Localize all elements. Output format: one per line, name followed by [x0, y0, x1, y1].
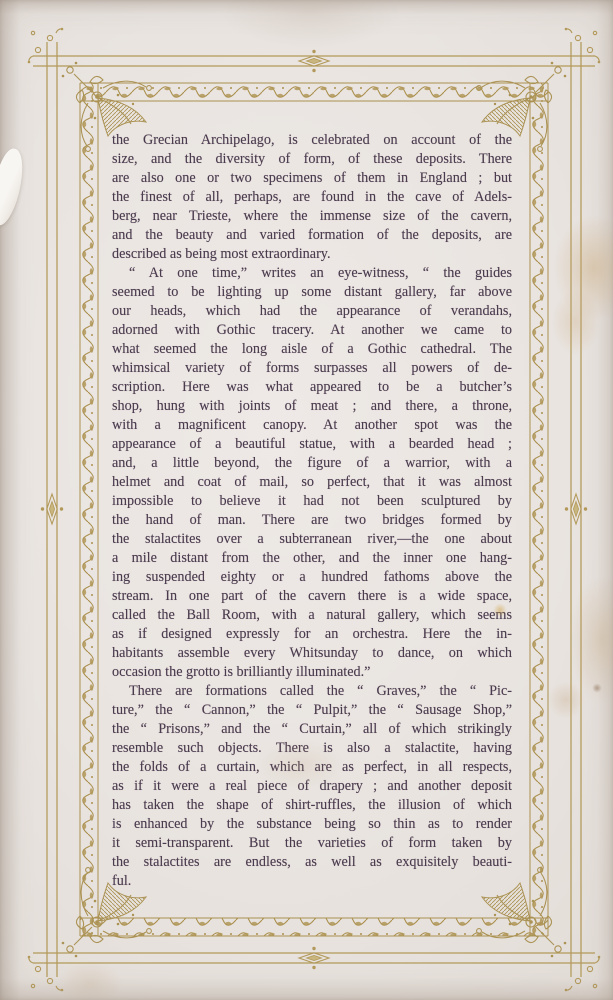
- text-line: size, and the diversity of form, of thes…: [112, 150, 512, 169]
- text-line: with a magnificent canopy. At another sp…: [112, 416, 512, 435]
- text-line: and the beauty and varied formation of t…: [112, 226, 512, 245]
- text-line: the folds of a curtain, which are as per…: [112, 758, 512, 777]
- text-line: habitants assemble every Whitsunday to d…: [112, 644, 512, 663]
- text-line: the Grecian Archipelago, is celebrated o…: [112, 131, 512, 150]
- paragraph: “ At one time,” writes an eye-witness, “…: [112, 264, 512, 682]
- text-line: shop, hung with joints of meat ; and the…: [112, 397, 512, 416]
- text-line: stream. In one part of the cavern there …: [112, 587, 512, 606]
- text-line: “ At one time,” writes an eye-witness, “…: [112, 264, 512, 283]
- text-line: as if designed expressly for an orchestr…: [112, 625, 512, 644]
- text-line: it semi-transparent. But the varieties o…: [112, 834, 512, 853]
- text-line: ful.: [112, 872, 512, 891]
- text-line: ing suspended eighty or a hundred fathom…: [112, 568, 512, 587]
- text-line: berg, near Trieste, where the immense si…: [112, 207, 512, 226]
- text-line: what seemed the long aisle of a Gothic c…: [112, 340, 512, 359]
- text-line: seemed to be lighting up some distant ga…: [112, 283, 512, 302]
- text-line: the stalactites are endless, as well as …: [112, 853, 512, 872]
- text-line: described as being most extraordinary.: [112, 245, 512, 264]
- text-line: appearance of a beautiful statue, with a…: [112, 435, 512, 454]
- text-line: and, a little beyond, the figure of a wa…: [112, 454, 512, 473]
- text-line: the stalactites over a subterranean rive…: [112, 530, 512, 549]
- text-line: resemble such objects. There is also a s…: [112, 739, 512, 758]
- scanned-book-page: the Grecian Archipelago, is celebrated o…: [0, 0, 613, 1000]
- text-line: our heads, which had the appearance of v…: [112, 302, 512, 321]
- text-line: whimsical variety of forms surpasses all…: [112, 359, 512, 378]
- text-line: called the Ball Room, with a natural gal…: [112, 606, 512, 625]
- text-line: There are formations called the “ Graves…: [112, 682, 512, 701]
- text-line: the “ Prisons,” and the “ Curtain,” all …: [112, 720, 512, 739]
- paragraph: the Grecian Archipelago, is celebrated o…: [112, 131, 512, 264]
- text-line: helmet and coat of mail, so perfect, tha…: [112, 473, 512, 492]
- text-line: are also one or two specimens of them in…: [112, 169, 512, 188]
- text-line: is enhanced by the substance being so th…: [112, 815, 512, 834]
- text-line: the finest of all, perhaps, are found in…: [112, 188, 512, 207]
- paragraph: There are formations called the “ Graves…: [112, 682, 512, 891]
- text-line: the hand of man. There are two bridges f…: [112, 511, 512, 530]
- text-line: adorned with Gothic tracery. At another …: [112, 321, 512, 340]
- text-line: occasion the grotto is brilliantly illum…: [112, 663, 512, 682]
- text-line: has taken the shape of shirt-ruffles, th…: [112, 796, 512, 815]
- text-line: scription. Here was what appeared to be …: [112, 378, 512, 397]
- text-line: ture,” the “ Cannon,” the “ Pulpit,” the…: [112, 701, 512, 720]
- page-text: the Grecian Archipelago, is celebrated o…: [112, 131, 512, 891]
- text-line: impossible to believe it had not been sc…: [112, 492, 512, 511]
- text-line: a mile distant from the other, and the i…: [112, 549, 512, 568]
- text-line: as if it were a real piece of drapery ; …: [112, 777, 512, 796]
